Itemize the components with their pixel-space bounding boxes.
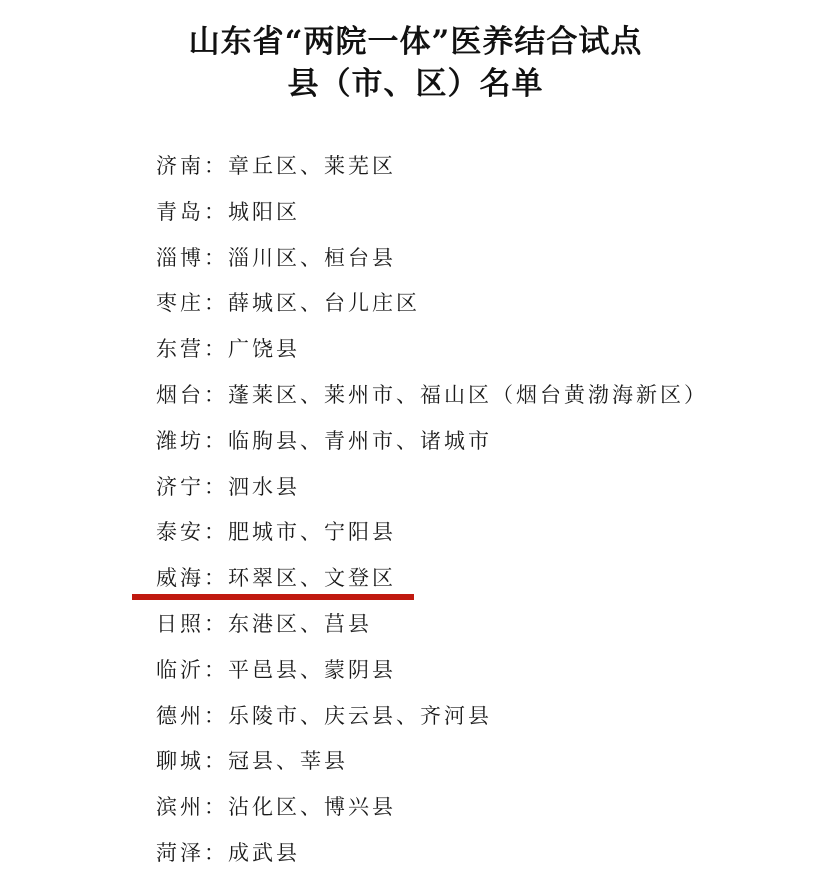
city-name: 临沂 [156, 652, 204, 688]
city-name: 淄博 [156, 240, 204, 276]
county-names: 沾化区、博兴县 [228, 789, 396, 825]
city-name: 枣庄 [156, 285, 204, 321]
city-name: 滨州 [156, 789, 204, 825]
document-title-line-1: 山东省“两院一体”医养结合试点 [0, 22, 831, 62]
county-names: 肥城市、宁阳县 [228, 514, 396, 550]
separator: ： [204, 606, 228, 642]
county-names: 临朐县、青州市、诸城市 [228, 423, 492, 459]
city-name: 日照 [156, 606, 204, 642]
list-item-zibo: 淄博：淄川区、桓台县 [156, 240, 708, 286]
list-item-dezhou: 德州：乐陵市、庆云县、齐河县 [156, 698, 708, 744]
list-item-jinan: 济南：章丘区、莱芜区 [156, 148, 708, 194]
list-item-dongying: 东营：广饶县 [156, 331, 708, 377]
city-name: 德州 [156, 698, 204, 734]
separator: ： [204, 194, 228, 230]
list-item-rizhao: 日照：东港区、莒县 [156, 606, 708, 652]
list-item-yantai: 烟台：蓬莱区、莱州市、福山区（烟台黄渤海新区） [156, 377, 708, 423]
separator: ： [204, 331, 228, 367]
separator: ： [204, 698, 228, 734]
city-name: 烟台 [156, 377, 204, 413]
separator: ： [204, 835, 228, 871]
county-names: 泗水县 [228, 469, 300, 505]
county-names: 东港区、莒县 [228, 606, 372, 642]
city-name: 泰安 [156, 514, 204, 550]
county-names: 乐陵市、庆云县、齐河县 [228, 698, 492, 734]
list-item-binzhou: 滨州：沾化区、博兴县 [156, 789, 708, 835]
highlight-underline [132, 594, 414, 600]
county-names: 薛城区、台儿庄区 [228, 285, 420, 321]
separator: ： [204, 514, 228, 550]
city-name: 菏泽 [156, 835, 204, 871]
county-names: 城阳区 [228, 194, 300, 230]
city-name: 聊城 [156, 743, 204, 779]
document-title-line-2: 县（市、区）名单 [0, 64, 831, 104]
county-names: 环翠区、文登区 [228, 560, 396, 596]
list-item-heze: 菏泽：成武县 [156, 835, 708, 876]
city-name: 威海 [156, 560, 204, 596]
county-names: 蓬莱区、莱州市、福山区（烟台黄渤海新区） [228, 377, 708, 413]
separator: ： [204, 240, 228, 276]
list-item-weifang: 潍坊：临朐县、青州市、诸城市 [156, 423, 708, 469]
separator: ： [204, 148, 228, 184]
city-name: 东营 [156, 331, 204, 367]
county-names: 平邑县、蒙阴县 [228, 652, 396, 688]
city-name: 青岛 [156, 194, 204, 230]
separator: ： [204, 652, 228, 688]
city-name: 济宁 [156, 469, 204, 505]
list-item-taian: 泰安：肥城市、宁阳县 [156, 514, 708, 560]
list-item-liaocheng: 聊城：冠县、莘县 [156, 743, 708, 789]
separator: ： [204, 423, 228, 459]
county-list: 济南：章丘区、莱芜区 青岛：城阳区 淄博：淄川区、桓台县 枣庄：薛城区、台儿庄区… [156, 148, 708, 876]
separator: ： [204, 743, 228, 779]
county-names: 成武县 [228, 835, 300, 871]
city-name: 济南 [156, 148, 204, 184]
county-names: 章丘区、莱芜区 [228, 148, 396, 184]
list-item-jining: 济宁：泗水县 [156, 469, 708, 515]
county-names: 冠县、莘县 [228, 743, 348, 779]
list-item-linyi: 临沂：平邑县、蒙阴县 [156, 652, 708, 698]
county-names: 淄川区、桓台县 [228, 240, 396, 276]
list-item-zaozhuang: 枣庄：薛城区、台儿庄区 [156, 285, 708, 331]
city-name: 潍坊 [156, 423, 204, 459]
separator: ： [204, 560, 228, 596]
county-names: 广饶县 [228, 331, 300, 367]
separator: ： [204, 789, 228, 825]
list-item-qingdao: 青岛：城阳区 [156, 194, 708, 240]
separator: ： [204, 469, 228, 505]
separator: ： [204, 377, 228, 413]
separator: ： [204, 285, 228, 321]
